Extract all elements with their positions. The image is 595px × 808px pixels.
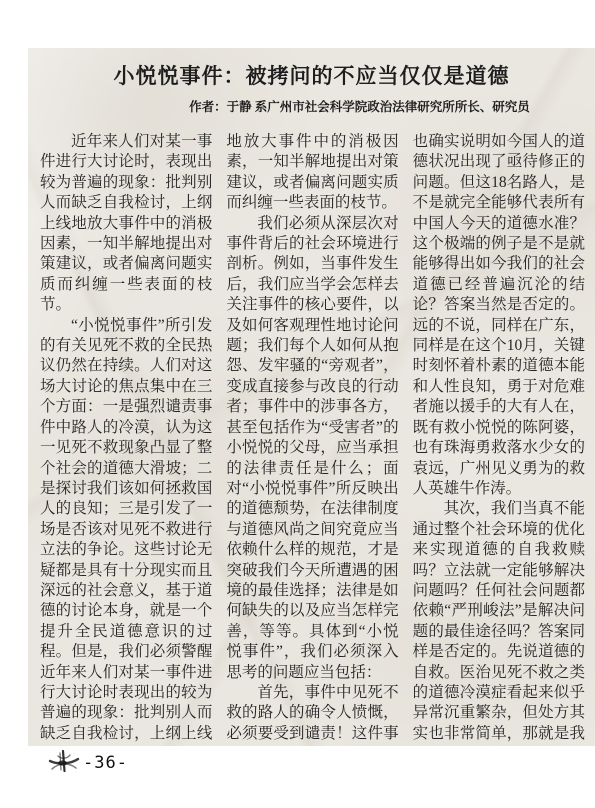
article-paragraph: 我们必须从深层次对事件背后的社会环境进行剖析。例如，当事件发生后，我们应当学会怎… [226, 214, 398, 683]
page-footer: -36- [48, 750, 128, 776]
page-number: -36- [83, 753, 128, 773]
article-title: 小悦悦事件：被拷问的不应当仅仅是道德 [28, 48, 595, 90]
ink-ornament-icon [48, 750, 80, 776]
article-columns: 近年来人们对某一事件进行大讨论时，表现出较为普遍的现象：批判别人而缺乏自我检讨，… [28, 132, 595, 764]
scanned-page: 小悦悦事件：被拷问的不应当仅仅是道德 作者：于静 系广州市社会科学院政治法律研究… [28, 48, 595, 746]
article-paragraph: 近年来人们对某一事件进行大讨论时，表现出较为普遍的现象：批判别人而缺乏自我检讨，… [40, 132, 212, 316]
article-byline: 作者：于静 系广州市社会科学院政治法律研究所所长、研究员 [28, 97, 595, 115]
